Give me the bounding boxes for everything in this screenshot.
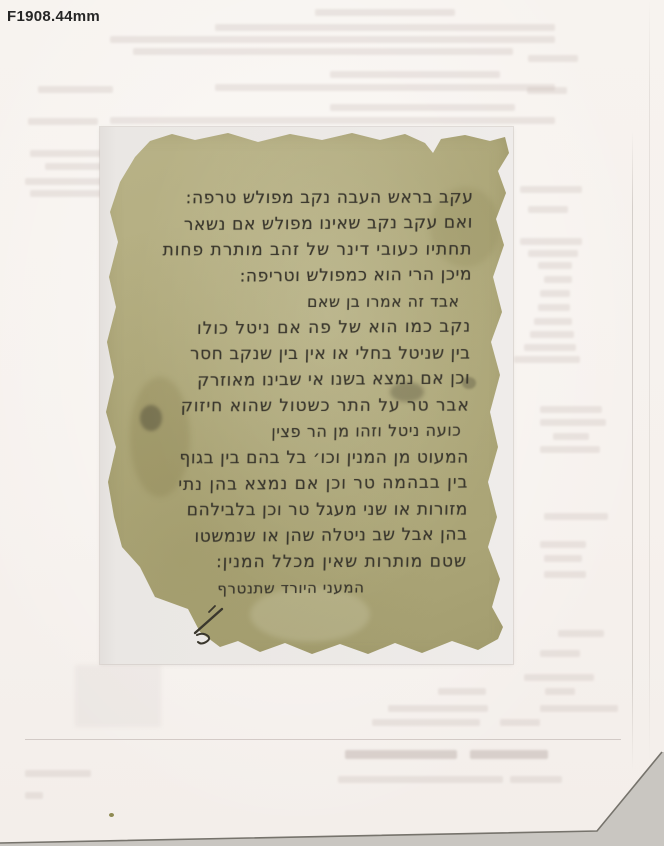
bleed-through-line <box>133 48 513 55</box>
bleed-through-line <box>514 356 580 363</box>
manuscript-line: בהן אבל שב ניטלה שהן או שנמשטו <box>147 522 467 551</box>
bleed-through-line <box>553 433 589 440</box>
bleed-through-line <box>540 446 600 453</box>
bleed-through-line <box>388 705 488 712</box>
bleed-through-line <box>38 86 113 93</box>
bleed-through-line <box>110 117 555 124</box>
bleed-through-line <box>540 705 618 712</box>
bleed-through-line <box>544 513 608 520</box>
bleed-through-line <box>538 262 572 269</box>
bleed-through-line <box>330 71 500 78</box>
bleed-through-line <box>520 238 582 245</box>
ink-speck <box>109 813 114 817</box>
bleed-through-image-box <box>75 665 161 727</box>
bleed-through-line <box>28 118 98 125</box>
bleed-through-line <box>528 206 568 213</box>
bleed-through-line <box>110 36 555 43</box>
bleed-through-line <box>438 688 486 695</box>
manuscript-line: מזורות או שני מעגל טר וכן בלבילהם <box>148 497 469 524</box>
bleed-through-line <box>538 304 570 311</box>
bleed-through-line <box>540 290 570 297</box>
bleed-through-line <box>528 55 578 62</box>
bleed-through-line <box>25 178 110 185</box>
bleed-through-line <box>315 9 455 16</box>
manuscript-line: מיכן הרי הוא כמפולש וטריפה: <box>152 262 472 291</box>
manuscript-line: ואם עקב נקב שאינו מפולש אם נשאר <box>153 210 473 239</box>
bleed-through-line <box>534 318 572 325</box>
bleed-through-line <box>540 406 602 413</box>
bleed-through-line <box>338 776 503 783</box>
bleed-through-line <box>544 276 572 283</box>
bleed-through-rule-line <box>25 739 621 740</box>
manuscript-line: המעני היורד שתנטרף <box>146 575 364 603</box>
manuscript-line: אבר טר על התר כשטול שהוא חיזוק <box>149 393 470 420</box>
bleed-through-line <box>545 688 575 695</box>
signature-mark <box>188 602 228 650</box>
bleed-through-line <box>510 776 562 783</box>
bleed-through-line <box>30 150 108 157</box>
bleed-through-line <box>215 84 555 91</box>
manuscript-line: תחתיו כעובי דינר של זהב מותרת פחות <box>152 237 473 264</box>
bleed-through-line <box>530 331 574 338</box>
bleed-through-line <box>215 24 555 31</box>
bleed-through-line <box>544 571 586 578</box>
manuscript-line: שטם מותרות שאין מכלל המנין: <box>147 549 468 576</box>
bleed-through-line <box>520 186 582 193</box>
bleed-through-line <box>524 674 594 681</box>
bleed-through-line <box>540 541 586 548</box>
bleed-through-line <box>544 555 582 562</box>
bleed-through-line <box>500 719 540 726</box>
manuscript-line: בין בבהמה טר וכן אם נמצא בהן נתי <box>148 470 468 499</box>
film-label: F1908.44mm <box>7 8 100 25</box>
manuscript-line: וכן אם נמצא בשנו אי שבינו מאוזרק <box>150 366 470 395</box>
bleed-through-line <box>45 163 105 170</box>
bleed-through-line <box>528 250 578 257</box>
bleed-through-line <box>558 630 604 637</box>
bleed-through-line <box>25 770 91 777</box>
bleed-through-line <box>470 750 548 759</box>
bleed-through-line <box>540 419 606 426</box>
bleed-through-line <box>524 344 576 351</box>
manuscript-line: עקב בראש העבה נקב מפולש טרפה: <box>153 185 474 212</box>
bleed-through-line <box>330 104 515 111</box>
bleed-through-line <box>527 87 567 94</box>
manuscript-photo: עקב בראש העבה נקב מפולש טרפה:ואם עקב נקב… <box>100 127 513 664</box>
page-fold-line <box>649 0 650 760</box>
manuscript-line: כועה ניטל וזהו מן הר פצין <box>149 418 461 447</box>
manuscript-line: המעוט מן המנין וכו׳ בל בהם בין בגוף <box>149 445 470 472</box>
scanned-page: F1908.44mm עקב בראש העבה נקב מפולש טרפה:… <box>0 0 664 846</box>
bleed-through-line <box>25 792 43 799</box>
bleed-through-line <box>540 650 580 657</box>
manuscript-line: אבד זה אמרו בן שאם <box>163 289 460 316</box>
manuscript-line: נקב כמו הוא של פה אם ניטל כולו <box>151 314 471 343</box>
manuscript-text: עקב בראש העבה נקב מפולש טרפה:ואם עקב נקב… <box>146 184 473 603</box>
bleed-through-line <box>372 719 480 726</box>
bleed-through-line <box>30 190 102 197</box>
bleed-through-line <box>345 750 457 759</box>
manuscript-line: בין שניטל בחלי או אין בין שנקב חסר <box>150 341 471 368</box>
page-fold-line <box>632 130 633 770</box>
